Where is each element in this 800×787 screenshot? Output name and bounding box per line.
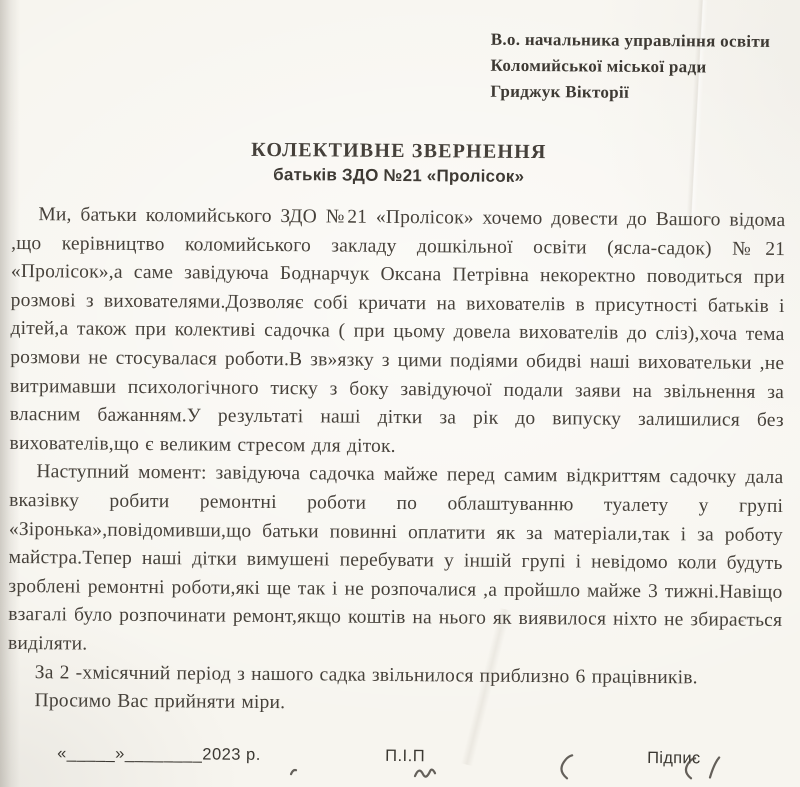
scanned-letter-page: В.о. начальника управління освіти Коломи… (0, 0, 800, 787)
title-block: КОЛЕКТИВНЕ ЗВЕРНЕННЯ батьків ЗДО №21 «Пр… (12, 137, 786, 189)
date-blank-line: «_____»________2023 р. (57, 744, 261, 765)
document-content: В.о. начальника управління освіти Коломи… (0, 0, 800, 787)
body-paragraph: Наступний момент: завідуюча садочка майж… (8, 458, 784, 664)
fullname-label: П.І.П (385, 747, 425, 766)
signature-label: Підпис (647, 749, 701, 768)
document-title: КОЛЕКТИВНЕ ЗВЕРНЕННЯ (12, 137, 786, 166)
letter-body: Ми, батьки коломийського ЗДО №21 «Проліс… (7, 201, 785, 722)
body-paragraph: Просимо Вас прийняти міри. (7, 687, 781, 722)
document-subtitle: батьків ЗДО №21 «Пролісок» (12, 163, 786, 189)
body-paragraph: Ми, батьки коломийського ЗДО №21 «Проліс… (9, 201, 785, 464)
addressee-line: Коломийської міської ради (490, 53, 786, 81)
addressee-block: В.о. начальника управління освіти Коломи… (490, 27, 787, 107)
addressee-line: В.о. начальника управління освіти (491, 27, 787, 55)
addressee-line: Гриджук Вікторії (490, 79, 786, 107)
signature-footer: «_____»________2023 р. П.І.П Підпис (0, 744, 797, 776)
